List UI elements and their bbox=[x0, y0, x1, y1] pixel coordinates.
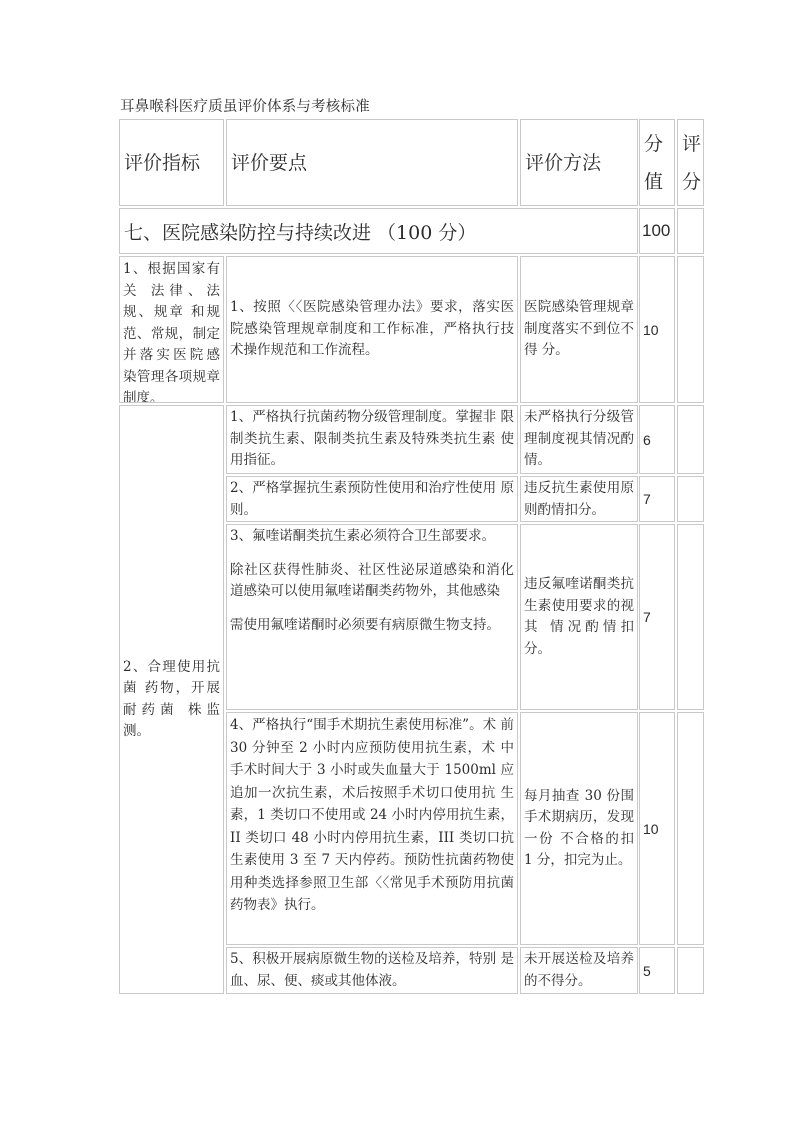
header-method: 评价方法 bbox=[520, 119, 638, 206]
method-cell: 未严格执行分级管理制度视其情况酌情。 bbox=[520, 405, 638, 474]
score-cell: 5 bbox=[639, 947, 675, 994]
rating-cell[interactable] bbox=[677, 712, 704, 945]
key-point-text: 2、严格掌握抗生素预防性使用和治疗性使用 原则。 bbox=[230, 480, 514, 518]
score-value: 5 bbox=[643, 963, 651, 979]
rating-cell[interactable] bbox=[677, 256, 704, 403]
rating-cell[interactable] bbox=[677, 476, 704, 522]
score-value: 7 bbox=[643, 609, 651, 625]
indicator-cell-2: 2、合理使用抗菌 药物，开展耐药菌 株监测。 bbox=[119, 405, 224, 994]
rating-cell[interactable] bbox=[677, 524, 704, 710]
key-point-cell: 1、按照〈〈医院感染管理办法》要求，落实医 院感染管理规章制度和工作标准，严格执… bbox=[226, 256, 518, 403]
method-cell: 未开展送检及培养的不得分。 bbox=[520, 947, 638, 994]
header-key-points: 评价要点 bbox=[226, 119, 518, 206]
header-rating: 评 分 bbox=[677, 119, 704, 206]
method-text: 每月抽查 30 份围手术期病历，发现一份 不合格的扣 1 分，扣完为止。 bbox=[524, 786, 634, 872]
indicator-cell-1: 1、根据国家有关 法律、法规、规章 和规范、常规，制定并落实医院感 染管理各项规… bbox=[119, 256, 224, 403]
score-cell: 7 bbox=[639, 476, 675, 522]
section-title: 七、医院感染防控与持续改进 （100 分） bbox=[124, 218, 476, 245]
method-cell: 每月抽查 30 份围手术期病历，发现一份 不合格的扣 1 分，扣完为止。 bbox=[520, 712, 638, 945]
score-cell: 10 bbox=[639, 256, 675, 403]
header-score-value-line2: 值 bbox=[644, 163, 663, 201]
header-key-points-label: 评价要点 bbox=[231, 144, 307, 182]
score-value: 10 bbox=[643, 821, 659, 837]
header-indicator-label: 评价指标 bbox=[124, 144, 200, 182]
method-text: 违反氟喹诺酮类抗生素使用要求的视其 情况酌情扣分。 bbox=[524, 574, 634, 660]
key-point-cell: 4、严格执行“围手术期抗生素使用标准”。术 前 30 分钟至 2 小时内应预防使… bbox=[226, 712, 518, 945]
score-cell: 6 bbox=[639, 405, 675, 474]
header-method-label: 评价方法 bbox=[525, 144, 601, 182]
header-score-value: 分 值 bbox=[639, 119, 675, 206]
key-point-text: 1、按照〈〈医院感染管理办法》要求，落实医 院感染管理规章制度和工作标准，严格执… bbox=[230, 297, 514, 362]
key-point-text: 4、严格执行“围手术期抗生素使用标准”。术 前 30 分钟至 2 小时内应预防使… bbox=[230, 717, 514, 913]
section-rating-cell[interactable] bbox=[677, 208, 704, 254]
indicator-text: 1、根据国家有关 法律、法规、规章 和规范、常规，制定并落实医院感 染管理各项规… bbox=[123, 261, 220, 403]
score-value: 7 bbox=[643, 491, 651, 507]
method-cell: 违反抗生素使用原则酌情扣分。 bbox=[520, 476, 638, 522]
score-value: 10 bbox=[643, 322, 659, 338]
key-point-paragraph: 需使用氟喹诺酮时必须要有病原微生物支持。 bbox=[230, 615, 514, 637]
key-point-paragraph: 除社区获得性肺炎、社区性泌尿道感染和消化 道感染可以使用氟喹诺酮类药物外，其他感… bbox=[230, 560, 514, 603]
method-text: 未开展送检及培养的不得分。 bbox=[524, 951, 634, 989]
method-cell: 医院感染管理规章制度落实不到位不得 分。 bbox=[520, 256, 638, 403]
score-value: 6 bbox=[643, 432, 651, 448]
key-point-cell: 1、严格执行抗菌药物分级管理制度。掌握非 限制类抗生素、限制类抗生素及特殊类抗生… bbox=[226, 405, 518, 474]
document-title: 耳鼻喉科医疗质虽评价体系与考核标准 bbox=[120, 95, 370, 116]
header-rating-line2: 分 bbox=[682, 163, 701, 201]
method-text: 医院感染管理规章制度落实不到位不得 分。 bbox=[524, 297, 634, 362]
indicator-text: 2、合理使用抗菌 药物，开展耐药菌 株监测。 bbox=[123, 657, 220, 743]
header-score-value-line1: 分 bbox=[644, 125, 663, 163]
method-text: 未严格执行分级管理制度视其情况酌情。 bbox=[524, 409, 634, 468]
key-point-paragraph: 3、氟喹诺酮类抗生素必须符合卫生部要求。 bbox=[230, 526, 514, 548]
key-point-text: 5、积极开展病原微生物的送检及培养，特别 是血、尿、便、痰或其他体液。 bbox=[230, 951, 514, 989]
method-text: 违反抗生素使用原则酌情扣分。 bbox=[524, 480, 634, 518]
rating-cell[interactable] bbox=[677, 947, 704, 994]
method-cell: 违反氟喹诺酮类抗生素使用要求的视其 情况酌情扣分。 bbox=[520, 524, 638, 710]
key-point-cell: 2、严格掌握抗生素预防性使用和治疗性使用 原则。 bbox=[226, 476, 518, 522]
score-cell: 7 bbox=[639, 524, 675, 710]
key-point-text: 1、严格执行抗菌药物分级管理制度。掌握非 限制类抗生素、限制类抗生素及特殊类抗生… bbox=[230, 409, 514, 468]
header-rating-line1: 评 bbox=[682, 125, 701, 163]
key-point-cell: 3、氟喹诺酮类抗生素必须符合卫生部要求。 除社区获得性肺炎、社区性泌尿道感染和消… bbox=[226, 524, 518, 710]
header-indicator: 评价指标 bbox=[119, 119, 224, 206]
key-point-cell: 5、积极开展病原微生物的送检及培养，特别 是血、尿、便、痰或其他体液。 bbox=[226, 947, 518, 994]
rating-cell[interactable] bbox=[677, 405, 704, 474]
section-score: 100 bbox=[642, 221, 670, 241]
section-score-cell: 100 bbox=[639, 208, 675, 254]
section-title-cell: 七、医院感染防控与持续改进 （100 分） bbox=[119, 208, 638, 254]
score-cell: 10 bbox=[639, 712, 675, 945]
